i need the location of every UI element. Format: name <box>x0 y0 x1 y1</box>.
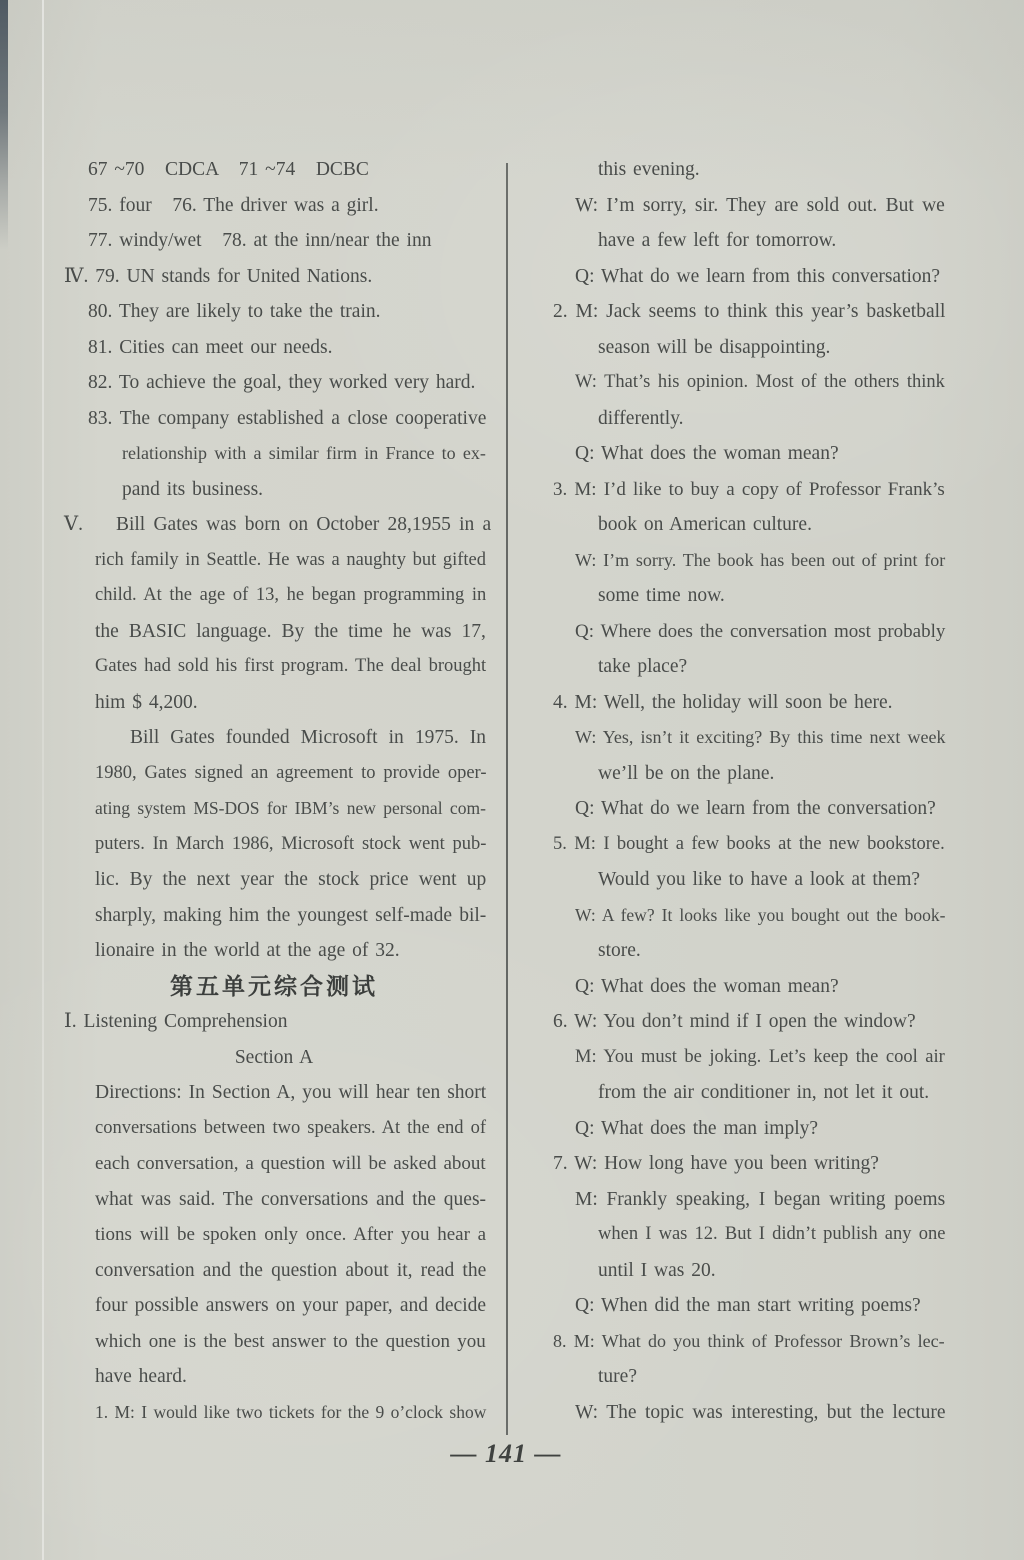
text-line: 4. M: Well, the holiday will soon be her… <box>553 685 945 721</box>
text-line: until I was 20. <box>598 1253 945 1289</box>
text-line: from the air conditioner in, not let it … <box>598 1075 945 1111</box>
text-line: conversations between two speakers. At t… <box>95 1111 486 1147</box>
text-line: 2. M: Jack seems to think this year’s ba… <box>553 294 945 330</box>
text-line: what was said. The conversations and the… <box>95 1182 486 1218</box>
text-line: W: That’s his opinion. Most of the other… <box>575 365 945 401</box>
text-line: 1980, Gates signed an agreement to provi… <box>95 756 486 792</box>
text-line: Directions: In Section A, you will hear … <box>95 1075 486 1111</box>
text-line: 1. M: I would like two tickets for the 9… <box>95 1395 486 1431</box>
text-line: rich family in Seattle. He was a naughty… <box>95 543 486 579</box>
text-line: 6. W: You don’t mind if I open the windo… <box>553 1004 945 1040</box>
text-line: take place? <box>598 649 945 685</box>
text-line: we’ll be on the plane. <box>598 756 945 792</box>
text-line: Q: What do we learn from this conversati… <box>575 259 945 295</box>
left-column: 67 ~70 CDCA 71 ~74 DCBC75. four 76. The … <box>62 152 486 1430</box>
text-line: pand its business. <box>122 472 486 508</box>
text-line: this evening. <box>598 152 945 188</box>
text-line: 3. M: I’d like to buy a copy of Professo… <box>553 472 945 508</box>
text-line: Ⅳ. 79. UN stands for United Nations. <box>64 259 486 295</box>
right-column: this evening.W: I’m sorry, sir. They are… <box>553 152 945 1430</box>
text-line: Q: What do we learn from the conversatio… <box>575 791 945 827</box>
text-line: Section A <box>62 1040 486 1076</box>
text-line: which one is the best answer to the ques… <box>95 1324 486 1360</box>
text-line: lionaire in the world at the age of 32. <box>95 933 486 969</box>
text-line: 81. Cities can meet our needs. <box>88 330 486 366</box>
text-line: four possible answers on your paper, and… <box>95 1288 486 1324</box>
text-line: ating system MS-DOS for IBM’s new person… <box>95 791 486 827</box>
column-divider <box>506 163 508 1435</box>
text-line: M: You must be joking. Let’s keep the co… <box>575 1040 945 1076</box>
text-line: sharply, making him the youngest self-ma… <box>95 898 486 934</box>
text-line: Q: What does the woman mean? <box>575 969 945 1005</box>
text-line: season will be disappointing. <box>598 330 945 366</box>
paper-crease <box>42 0 44 1560</box>
text-line: relationship with a similar firm in Fran… <box>122 436 486 472</box>
text-line: 77. windy/wet 78. at the inn/near the in… <box>88 223 486 259</box>
text-line: when I was 12. But I didn’t publish any … <box>598 1217 945 1253</box>
text-line: Q: When did the man start writing poems? <box>575 1288 945 1324</box>
text-line: book on American culture. <box>598 507 945 543</box>
text-line: each conversation, a question will be as… <box>95 1146 486 1182</box>
text-line: the BASIC language. By the time he was 1… <box>95 614 486 650</box>
text-line: W: The topic was interesting, but the le… <box>575 1395 945 1431</box>
text-line: 第五单元综合测试 <box>62 969 486 1005</box>
text-line: puters. In March 1986, Microsoft stock w… <box>95 827 486 863</box>
text-line: W: I’m sorry. The book has been out of p… <box>575 543 945 579</box>
text-line: have heard. <box>95 1359 486 1395</box>
text-line: some time now. <box>598 578 945 614</box>
text-line: Ⅴ. Bill Gates was born on October 28,195… <box>64 507 486 543</box>
text-line: ture? <box>598 1359 945 1395</box>
text-line: Q: Where does the conversation most prob… <box>575 614 945 650</box>
page-number: — 141 — <box>0 1434 1012 1474</box>
text-line: 83. The company established a close coop… <box>88 401 486 437</box>
text-line: lic. By the next year the stock price we… <box>95 862 486 898</box>
text-line: him $ 4,200. <box>95 685 486 721</box>
text-line: 80. They are likely to take the train. <box>88 294 486 330</box>
text-line: M: Frankly speaking, I began writing poe… <box>575 1182 945 1218</box>
text-line: W: A few? It looks like you bought out t… <box>575 898 945 934</box>
text-line: W: I’m sorry, sir. They are sold out. Bu… <box>575 188 945 224</box>
text-line: W: Yes, isn’t it exciting? By this time … <box>575 720 945 756</box>
text-line: 7. W: How long have you been writing? <box>553 1146 945 1182</box>
text-line: child. At the age of 13, he began progra… <box>95 578 486 614</box>
text-line: have a few left for tomorrow. <box>598 223 945 259</box>
text-line: Bill Gates founded Microsoft in 1975. In <box>130 720 486 756</box>
text-line: Q: What does the man imply? <box>575 1111 945 1147</box>
text-line: Ⅰ. Listening Comprehension <box>64 1004 486 1040</box>
text-line: conversation and the question about it, … <box>95 1253 486 1289</box>
text-line: differently. <box>598 401 945 437</box>
text-line: 82. To achieve the goal, they worked ver… <box>88 365 486 401</box>
text-line: 8. M: What do you think of Professor Bro… <box>553 1324 945 1360</box>
text-line: 75. four 76. The driver was a girl. <box>88 188 486 224</box>
text-line: 67 ~70 CDCA 71 ~74 DCBC <box>88 152 486 188</box>
text-line: store. <box>598 933 945 969</box>
text-line: Would you like to have a look at them? <box>598 862 945 898</box>
text-line: Gates had sold his first program. The de… <box>95 649 486 685</box>
text-line: tions will be spoken only once. After yo… <box>95 1217 486 1253</box>
text-line: Q: What does the woman mean? <box>575 436 945 472</box>
text-line: 5. M: I bought a few books at the new bo… <box>553 827 945 863</box>
scan-edge-shadow <box>0 0 8 250</box>
scanned-answer-page: 67 ~70 CDCA 71 ~74 DCBC75. four 76. The … <box>0 0 1024 1560</box>
